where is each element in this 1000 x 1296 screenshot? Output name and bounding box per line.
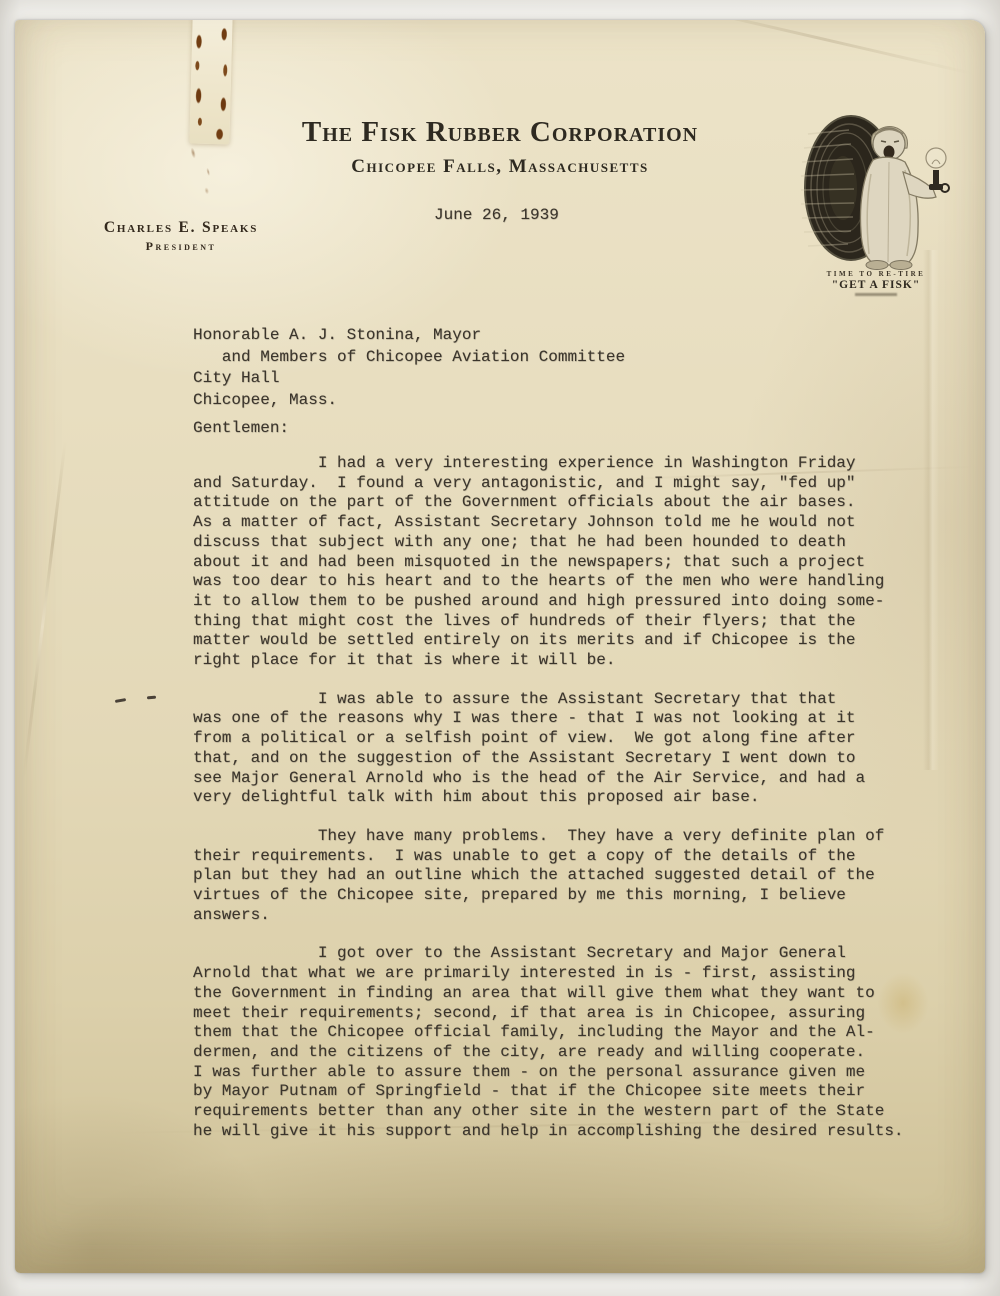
logo-caption-line2: "GET A FISK" — [793, 279, 959, 291]
letter-paragraph-1: I had a very interesting experience in W… — [193, 454, 935, 671]
logo-fine-print — [855, 293, 897, 296]
paper-crease — [22, 441, 66, 779]
ink-speck — [115, 698, 126, 703]
letter-paragraph-2: I was able to assure the Assistant Secre… — [193, 690, 935, 808]
letter-paragraph-4: I got over to the Assistant Secretary an… — [193, 944, 935, 1141]
letter-body: I had a very interesting experience in W… — [193, 454, 935, 1161]
boy-and-tire-illustration — [793, 104, 959, 270]
fisk-boy-tire-logo: TIME TO RE-TIRE "GET A FISK" — [793, 104, 959, 310]
officer-title: President — [77, 239, 285, 254]
logo-captions: TIME TO RE-TIRE "GET A FISK" — [793, 270, 959, 296]
letter-paper: The Fisk Rubber Corporation Chicopee Fal… — [15, 20, 985, 1273]
officer-name: Charles E. Speaks — [77, 219, 285, 237]
ink-speck — [147, 696, 156, 700]
officer-block: Charles E. Speaks President — [77, 219, 285, 254]
recipient-address: Honorable A. J. Stonina, Mayor and Membe… — [193, 325, 625, 411]
letter-date: June 26, 1939 — [434, 206, 559, 226]
scanner-background: The Fisk Rubber Corporation Chicopee Fal… — [0, 0, 1000, 1296]
logo-caption-line1: TIME TO RE-TIRE — [793, 270, 959, 278]
candle-bulb-icon — [926, 148, 949, 192]
salutation: Gentlemen: — [193, 419, 289, 439]
letter-paragraph-3: They have many problems. They have a ver… — [193, 827, 935, 926]
paper-crease — [679, 20, 972, 75]
